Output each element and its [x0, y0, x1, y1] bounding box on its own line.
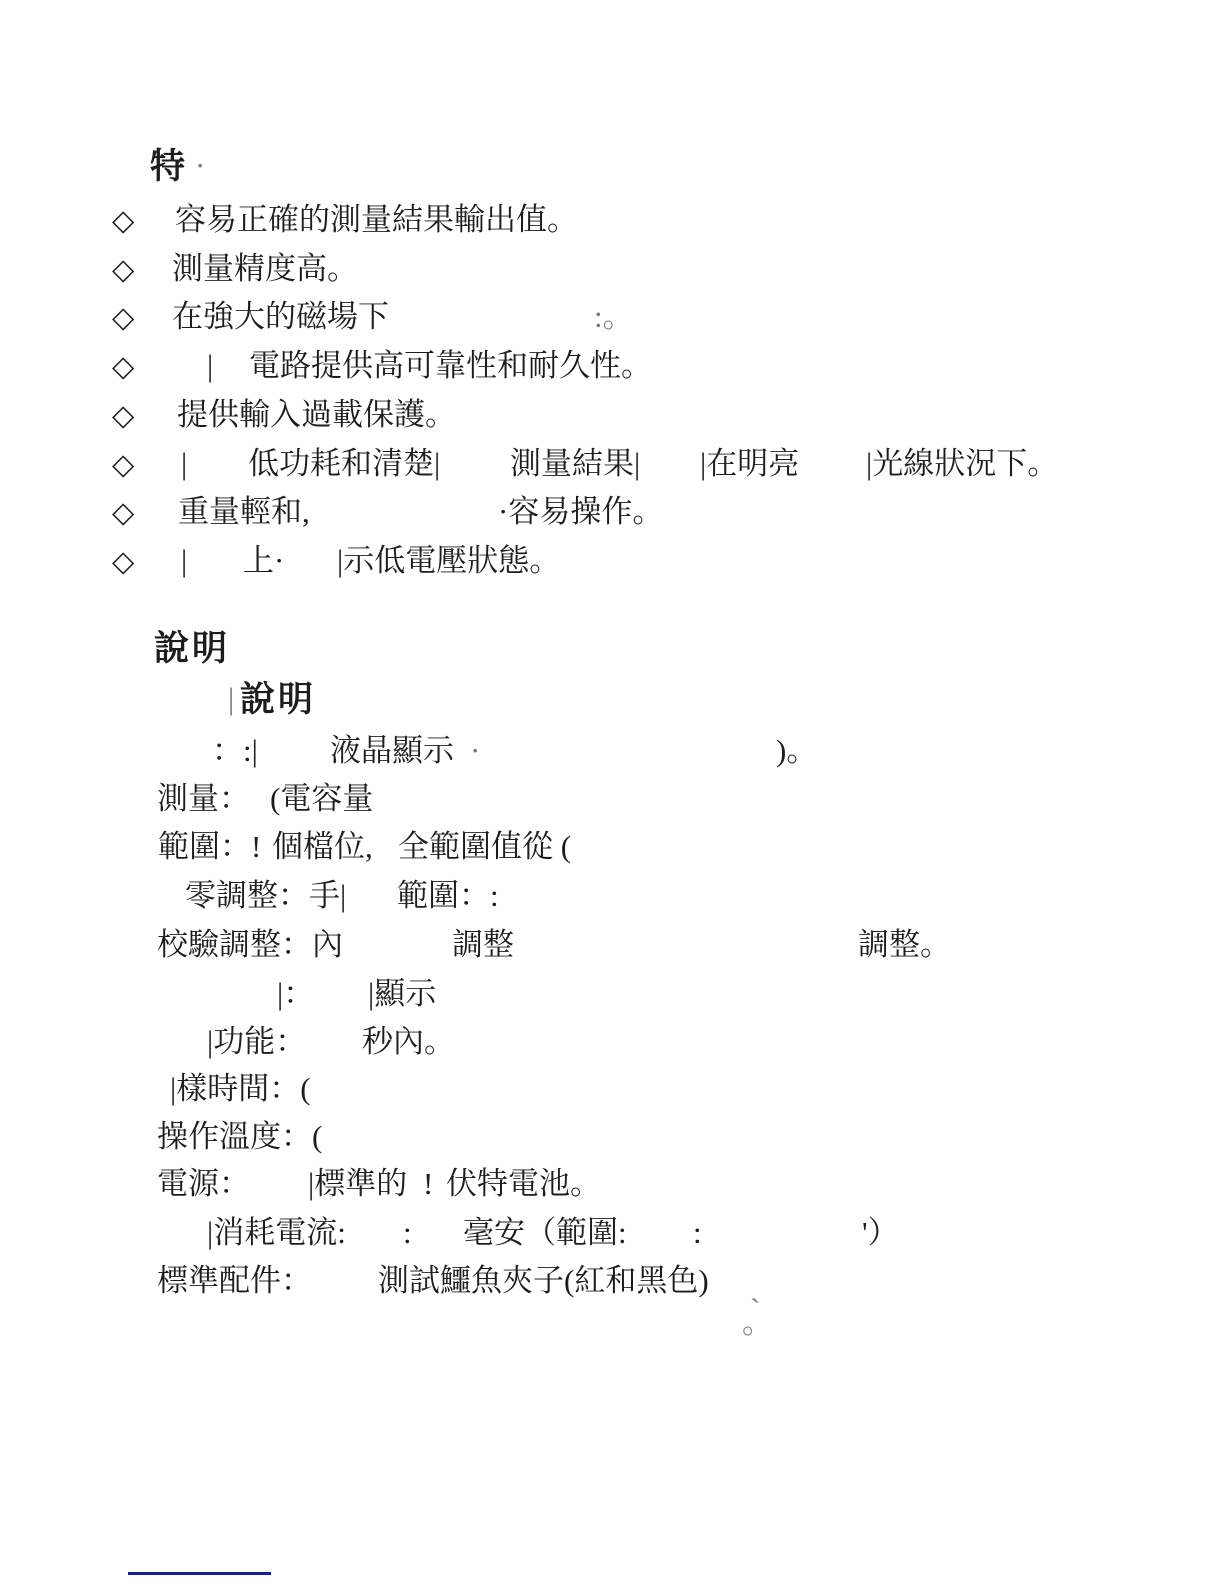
footnote-rule — [128, 1572, 271, 1575]
text-segment: : — [403, 1213, 412, 1253]
text-segment: (電容量 — [270, 779, 373, 819]
text-segment: | — [181, 444, 187, 484]
text-segment: 操作溫度：( — [157, 1117, 322, 1157]
feature-item: ◇重量輕和,·容易操作。 — [0, 492, 1224, 536]
text-segment: 說明 — [240, 679, 316, 721]
diamond-bullet-icon: ◇ — [112, 444, 134, 486]
specs-subheading: |說明 — [0, 679, 1224, 723]
spec-line-display-detail: |：|顯示 — [0, 974, 1224, 1018]
text-segment: 範圍：: — [397, 876, 499, 916]
text-segment: |光線狀況下。 — [866, 444, 1058, 484]
text-segment: |在明亮 — [700, 444, 799, 484]
text-segment: 全範圍值從 ( — [398, 827, 571, 867]
text-segment: 伏特電池。 — [446, 1164, 601, 1204]
text-segment: '） — [862, 1213, 899, 1253]
diamond-bullet-icon: ◇ — [112, 395, 134, 437]
text-segment: | — [228, 679, 234, 719]
spec-line-range: 範圍：!個檔位,全範圍值從 ( — [0, 827, 1224, 871]
spec-line-current-drain: |消耗電流::毫安（範圍::'） — [0, 1213, 1224, 1257]
text-segment: ·容易操作。 — [498, 492, 663, 532]
feature-item: ◇容易正確的測量結果輸出值。 — [0, 200, 1224, 244]
feature-item: ◇|低功耗和清楚|測量結果||在明亮|光線狀況下。 — [0, 444, 1224, 488]
text-segment: 測量： — [157, 779, 250, 819]
document-page: 特·◇容易正確的測量結果輸出值。◇測量精度高。◇在強大的磁場下:。◇|電路提供高… — [0, 0, 1224, 1584]
text-segment: 特 — [150, 146, 188, 188]
diamond-bullet-icon: ◇ — [112, 297, 134, 339]
feature-item: ◇|電路提供高可靠性和耐久性。 — [0, 346, 1224, 390]
spec-line-calibration: 校驗調整：內調整調整。 — [0, 925, 1224, 969]
text-segment: 上· — [243, 541, 284, 581]
text-segment: |顯示 — [368, 974, 436, 1014]
text-segment: 在強大的磁場下 — [172, 297, 389, 337]
diamond-bullet-icon: ◇ — [112, 346, 134, 388]
feature-item: ◇在強大的磁場下:。 — [0, 297, 1224, 341]
diamond-bullet-icon: ◇ — [112, 492, 134, 534]
text-segment: | — [207, 346, 213, 386]
spec-line-zero-adjust: 零調整：手|範圍：: — [0, 876, 1224, 920]
text-segment: 校驗調整：內 — [157, 925, 343, 965]
text-segment: 秒內。 — [362, 1022, 455, 1062]
spec-line-measure: 測量：(電容量 — [0, 779, 1224, 823]
text-segment: :。 — [594, 297, 634, 337]
text-segment: 電路提供高可靠性和耐久性。 — [249, 346, 652, 386]
spec-line-sampling-time: |樣時間：( — [0, 1069, 1224, 1113]
text-segment: 調整。 — [858, 925, 951, 965]
diamond-bullet-icon: ◇ — [112, 249, 134, 291]
text-segment: 容易正確的測量結果輸出值。 — [175, 200, 578, 240]
feature-item: ◇提供輸入過載保護。 — [0, 395, 1224, 439]
text-segment: ：:| — [212, 731, 258, 771]
text-segment: 。 — [742, 1303, 773, 1343]
text-segment: 測量精度高。 — [172, 249, 358, 289]
text-segment: 說明 — [154, 628, 230, 670]
text-segment: 電源： — [157, 1164, 250, 1204]
text-segment: |樣時間：( — [170, 1069, 311, 1109]
text-segment: · — [195, 146, 205, 186]
text-segment: 測量結果| — [510, 444, 640, 484]
text-segment: |： — [277, 974, 314, 1014]
diamond-bullet-icon: ◇ — [112, 200, 134, 242]
text-segment: ! — [423, 1164, 433, 1204]
text-segment: 個檔位, — [272, 827, 373, 867]
diamond-bullet-icon: ◇ — [112, 541, 134, 583]
feature-item: ◇|上·|示低電壓狀態。 — [0, 541, 1224, 585]
specs-heading: 說明 — [0, 628, 1224, 672]
text-segment: 範圍：! — [158, 827, 261, 867]
spec-line-power: 電源：|標準的!伏特電池。 — [0, 1164, 1224, 1208]
text-segment: |示低電壓狀態。 — [337, 541, 560, 581]
text-segment: 零調整：手| — [185, 876, 346, 916]
text-segment: : — [693, 1213, 702, 1253]
spec-line-remnant-period: 。 — [0, 1303, 1224, 1347]
feature-item: ◇測量精度高。 — [0, 249, 1224, 293]
spec-line-operating-temp: 操作溫度：( — [0, 1117, 1224, 1161]
text-segment: |消耗電流: — [207, 1213, 346, 1253]
text-segment: 毫安（範圍: — [463, 1213, 627, 1253]
text-segment: )。 — [776, 731, 817, 771]
spec-line-display: ：:|液晶顯示·)。 — [0, 731, 1224, 775]
text-segment: |功能： — [207, 1022, 306, 1062]
features-heading: 特· — [0, 146, 1224, 190]
text-segment: 提供輸入過載保護。 — [177, 395, 456, 435]
text-segment: | — [181, 541, 187, 581]
text-segment: 低功耗和清楚| — [248, 444, 440, 484]
text-segment: 液晶顯示 — [330, 731, 454, 771]
text-segment: |標準的 — [308, 1164, 407, 1204]
text-segment: 重量輕和, — [178, 492, 310, 532]
spec-line-function: |功能：秒內。 — [0, 1022, 1224, 1066]
text-segment: 調整 — [452, 925, 514, 965]
text-segment: · — [470, 731, 480, 771]
